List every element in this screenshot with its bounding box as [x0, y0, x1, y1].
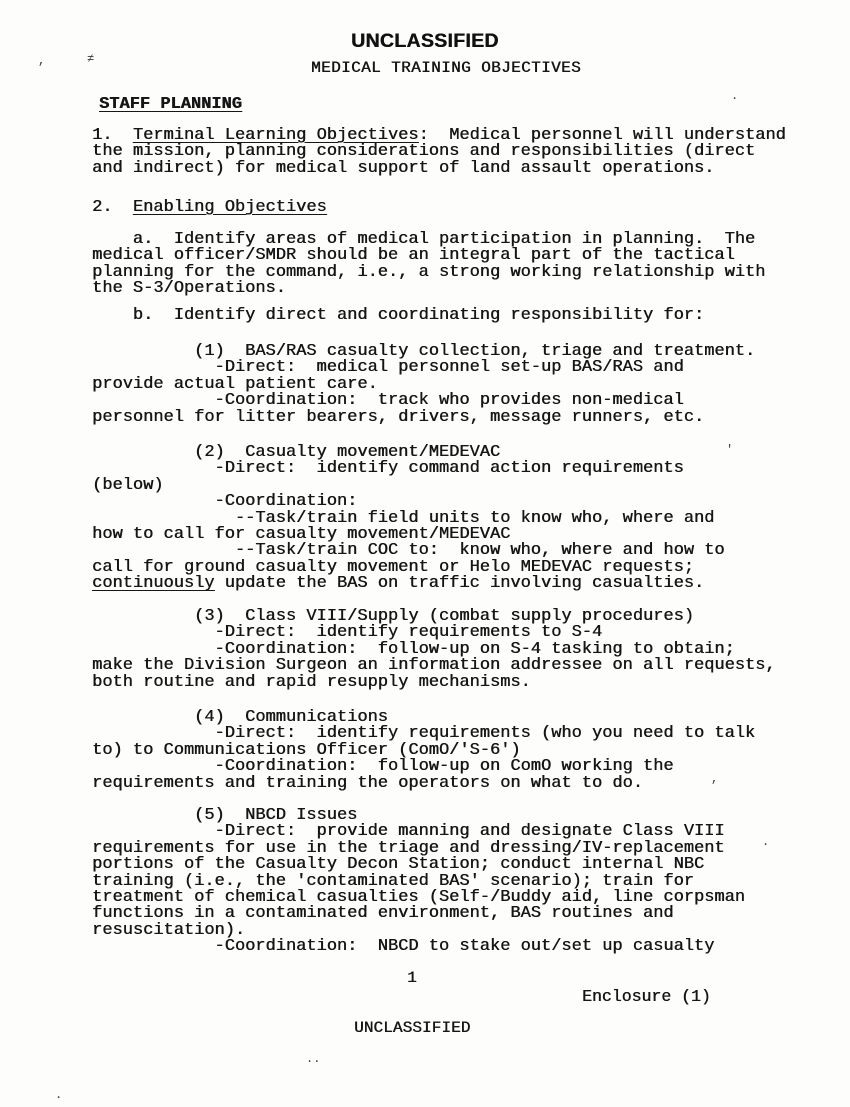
scan-artifact: ' [726, 444, 733, 456]
document-line: requirements and training the operators … [92, 776, 755, 792]
underlined-text: continuously [92, 574, 214, 593]
text-segment: -Direct: identify command action require… [92, 459, 684, 478]
document-title: MEDICAL TRAINING OBJECTIVES [311, 59, 581, 77]
page-number: 1 [407, 969, 417, 987]
document-page: UNCLASSIFIED MEDICAL TRAINING OBJECTIVES… [0, 0, 850, 1107]
classification-footer: UNCLASSIFIED [354, 1019, 470, 1037]
scan-artifact: . [762, 836, 769, 848]
document-line: the S-3/Operations. [92, 281, 765, 297]
scan-artifact: .. [306, 1053, 320, 1065]
paragraph-block: (5) NBCD Issues -Direct: provide manning… [92, 808, 745, 956]
paragraph-block: (3) Class VIII/Supply (combat supply pro… [92, 609, 776, 691]
document-line: -Direct: identify command action require… [92, 461, 725, 477]
paragraph-block: 2. Enabling Objectives [92, 200, 327, 216]
document-line: -Coordination: NBCD to stake out/set up … [92, 939, 745, 955]
document-line: continuously update the BAS on traffic i… [92, 576, 725, 592]
text-segment: requirements and training the operators … [92, 774, 643, 793]
scan-artifact: , [38, 55, 45, 67]
text-segment: both routine and rapid resupply mechanis… [92, 673, 531, 692]
scan-artifact: , [711, 773, 718, 785]
paragraph-block: (2) Casualty movement/MEDEVAC -Direct: i… [92, 445, 725, 593]
document-line: and indirect) for medical support of lan… [92, 161, 786, 177]
text-segment: personnel for litter bearers, drivers, m… [92, 408, 704, 427]
document-line: b. Identify direct and coordinating resp… [92, 308, 704, 324]
paragraph-block: 1. Terminal Learning Objectives: Medical… [92, 128, 786, 177]
document-line: 2. Enabling Objectives [92, 200, 327, 216]
enclosure-label: Enclosure (1) [582, 987, 711, 1006]
text-segment: -Coordination: NBCD to stake out/set up … [92, 937, 714, 956]
text-segment: the S-3/Operations. [92, 279, 286, 298]
text-segment: b. Identify direct and coordinating resp… [92, 306, 704, 325]
section-heading: STAFF PLANNING [99, 95, 242, 114]
classification-header: UNCLASSIFIED [351, 30, 499, 53]
scan-artifact: ≠ [87, 53, 94, 65]
scan-artifact: . [55, 1089, 62, 1101]
underlined-text: Enabling Objectives [133, 198, 327, 217]
paragraph-block: a. Identify areas of medical participati… [92, 232, 765, 298]
document-line: both routine and rapid resupply mechanis… [92, 675, 776, 691]
paragraph-block: b. Identify direct and coordinating resp… [92, 308, 704, 324]
paragraph-block: (4) Communications -Direct: identify req… [92, 710, 755, 792]
text-segment: update the BAS on traffic involving casu… [214, 574, 704, 593]
paragraph-block: (1) BAS/RAS casualty collection, triage … [92, 344, 755, 426]
text-segment: and indirect) for medical support of lan… [92, 159, 714, 178]
text-segment: 2. [92, 198, 133, 217]
document-line: personnel for litter bearers, drivers, m… [92, 410, 755, 426]
scan-artifact: . [731, 90, 738, 102]
